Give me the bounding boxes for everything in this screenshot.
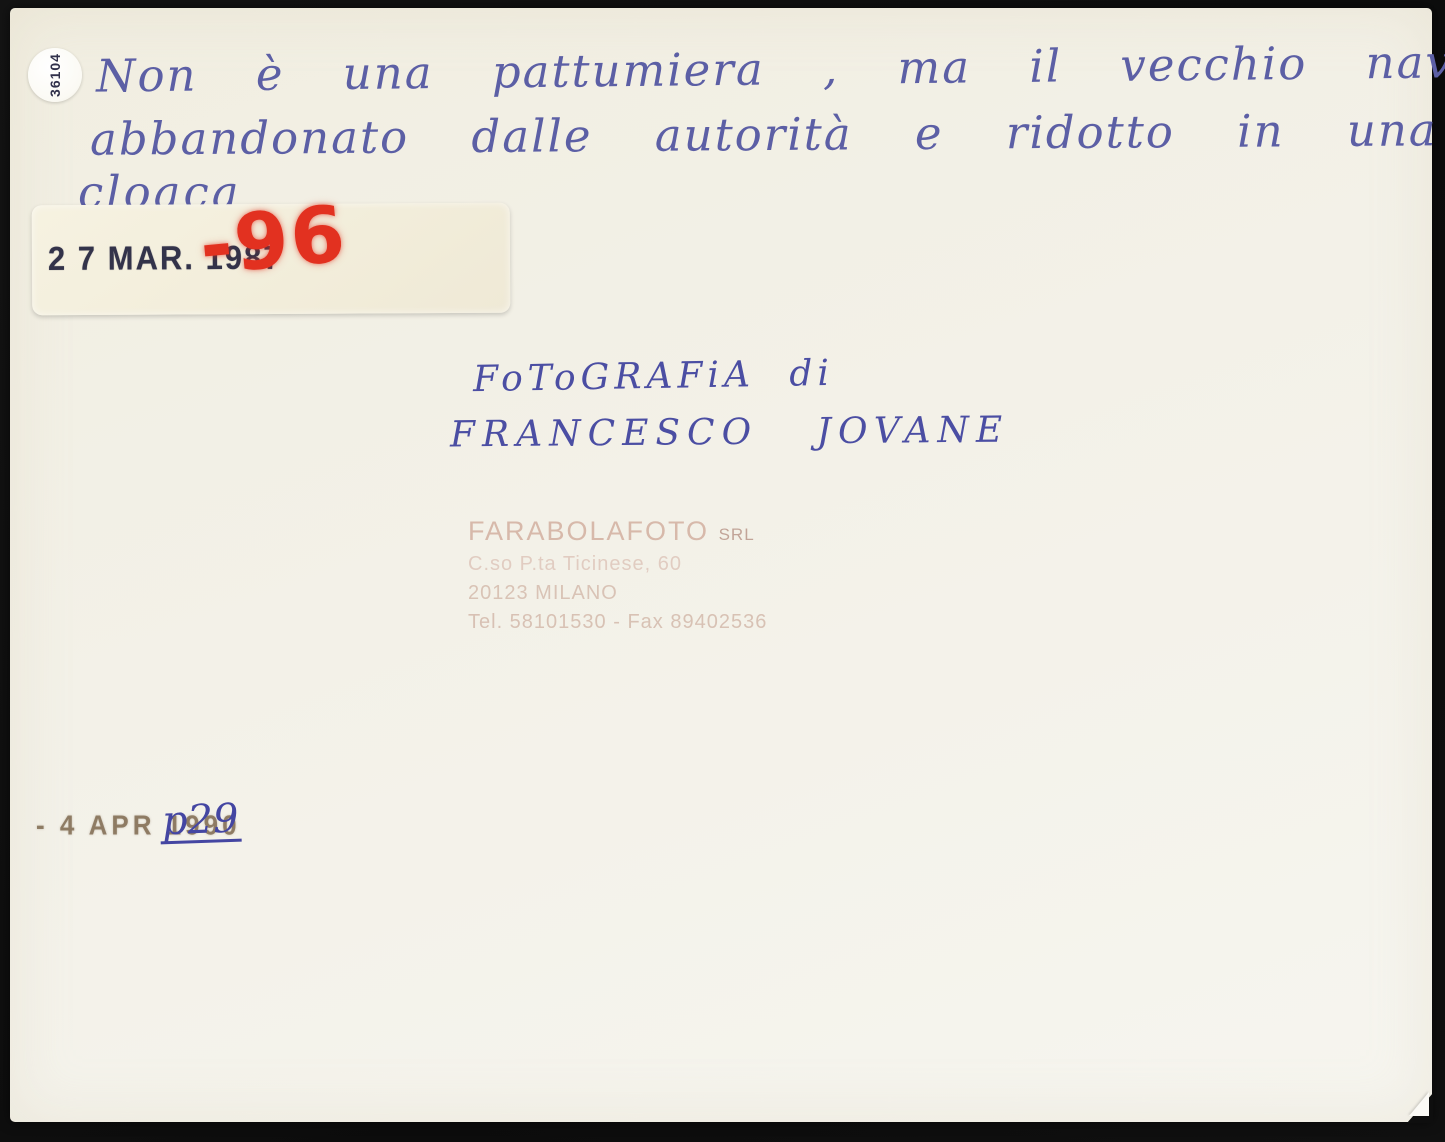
handwritten-caption-line2: abbandonato dalle autorità e ridotto in …	[90, 103, 1438, 165]
agency-stamp-address1: C.so P.ta Ticinese, 60	[468, 553, 767, 576]
agency-stamp-name: FARABOLAFOTO SRL	[468, 516, 767, 547]
page-annotation: p29	[159, 799, 241, 845]
agency-suffix-text: SRL	[719, 525, 755, 544]
photo-back-paper: 36104 Non è una pattumiera , ma il vecch…	[10, 8, 1432, 1122]
red-marker-number: -96	[196, 189, 351, 292]
photographer-note-line2: FRANCESCO JOVANE	[450, 410, 1010, 456]
agency-stamp-address2: 20123 MILANO	[468, 582, 767, 605]
agency-stamp-address3: Tel. 58101530 - Fax 89402536	[468, 611, 767, 634]
photographer-note-line1: FoToGRAFiA di	[473, 353, 835, 400]
archive-number-sticker: 36104	[28, 48, 82, 102]
agency-stamp: FARABOLAFOTO SRL C.so P.ta Ticinese, 60 …	[468, 516, 767, 634]
date-label-sticker: 2 7 MAR. 1987 -96	[32, 203, 511, 316]
archive-number: 36104	[47, 53, 63, 97]
handwritten-caption-line1: Non è una pattumiera , ma il vecchio nav…	[96, 34, 1445, 102]
corner-fold	[1409, 1092, 1429, 1116]
agency-name-text: FARABOLAFOTO	[468, 516, 709, 546]
